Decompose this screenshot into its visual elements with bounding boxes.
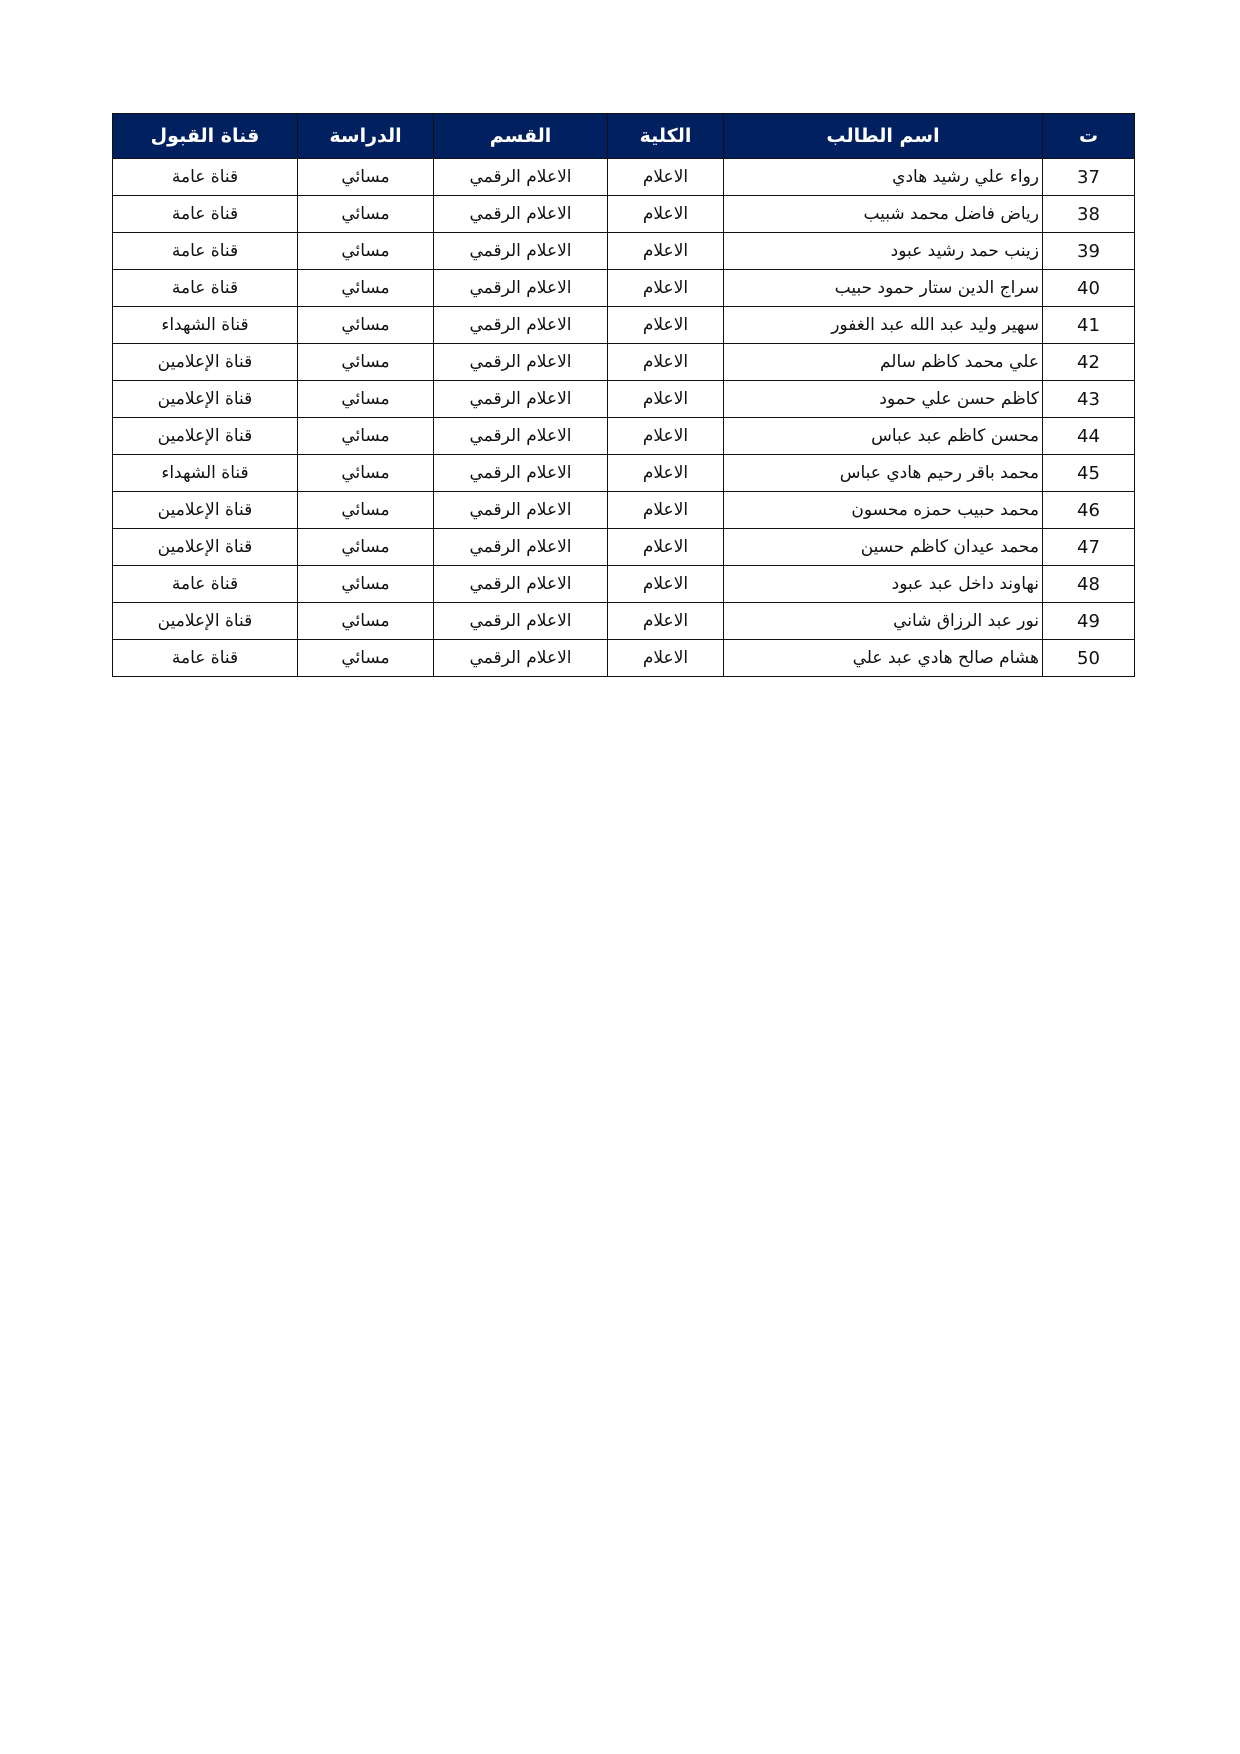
department-cell: الاعلام الرقمي bbox=[434, 492, 608, 529]
student-name-cell: سهير وليد عبد الله عبد الغفور bbox=[724, 307, 1043, 344]
student-name-cell: نور عبد الرزاق شاني bbox=[724, 603, 1043, 640]
study-type-cell: مسائي bbox=[298, 418, 434, 455]
department-cell: الاعلام الرقمي bbox=[434, 307, 608, 344]
row-number-cell: 42 bbox=[1043, 344, 1135, 381]
table-body: 37رواء علي رشيد هاديالاعلامالاعلام الرقم… bbox=[113, 159, 1135, 677]
document-page: ت اسم الطالب الكلية القسم الدراسة قناة ا… bbox=[0, 0, 1240, 1754]
table-header: ت اسم الطالب الكلية القسم الدراسة قناة ا… bbox=[113, 114, 1135, 159]
table-row: 41سهير وليد عبد الله عبد الغفورالاعلامال… bbox=[113, 307, 1135, 344]
row-number-cell: 50 bbox=[1043, 640, 1135, 677]
header-department: القسم bbox=[434, 114, 608, 159]
admission-channel-cell: قناة الإعلامين bbox=[113, 418, 298, 455]
admission-channel-cell: قناة الإعلامين bbox=[113, 344, 298, 381]
table-row: 38رياض فاضل محمد شبيبالاعلامالاعلام الرق… bbox=[113, 196, 1135, 233]
study-type-cell: مسائي bbox=[298, 640, 434, 677]
admission-channel-cell: قناة عامة bbox=[113, 159, 298, 196]
department-cell: الاعلام الرقمي bbox=[434, 159, 608, 196]
admission-channel-cell: قناة عامة bbox=[113, 196, 298, 233]
study-type-cell: مسائي bbox=[298, 307, 434, 344]
department-cell: الاعلام الرقمي bbox=[434, 455, 608, 492]
header-study: الدراسة bbox=[298, 114, 434, 159]
student-name-cell: رواء علي رشيد هادي bbox=[724, 159, 1043, 196]
admission-channel-cell: قناة الشهداء bbox=[113, 455, 298, 492]
student-name-cell: نهاوند داخل عبد عبود bbox=[724, 566, 1043, 603]
table-row: 47محمد عيدان كاظم حسينالاعلامالاعلام الر… bbox=[113, 529, 1135, 566]
table-row: 42علي محمد كاظم سالمالاعلامالاعلام الرقم… bbox=[113, 344, 1135, 381]
row-number-cell: 44 bbox=[1043, 418, 1135, 455]
admission-channel-cell: قناة عامة bbox=[113, 566, 298, 603]
department-cell: الاعلام الرقمي bbox=[434, 344, 608, 381]
department-cell: الاعلام الرقمي bbox=[434, 196, 608, 233]
study-type-cell: مسائي bbox=[298, 603, 434, 640]
table-row: 48نهاوند داخل عبد عبودالاعلامالاعلام الر… bbox=[113, 566, 1135, 603]
college-cell: الاعلام bbox=[608, 307, 724, 344]
student-name-cell: هشام صالح هادي عبد علي bbox=[724, 640, 1043, 677]
admission-channel-cell: قناة الإعلامين bbox=[113, 492, 298, 529]
department-cell: الاعلام الرقمي bbox=[434, 381, 608, 418]
college-cell: الاعلام bbox=[608, 159, 724, 196]
department-cell: الاعلام الرقمي bbox=[434, 603, 608, 640]
row-number-cell: 48 bbox=[1043, 566, 1135, 603]
admission-channel-cell: قناة عامة bbox=[113, 270, 298, 307]
row-number-cell: 45 bbox=[1043, 455, 1135, 492]
table-row: 44محسن كاظم عبد عباسالاعلامالاعلام الرقم… bbox=[113, 418, 1135, 455]
student-name-cell: سراج الدين ستار حمود حبيب bbox=[724, 270, 1043, 307]
study-type-cell: مسائي bbox=[298, 529, 434, 566]
table-row: 37رواء علي رشيد هاديالاعلامالاعلام الرقم… bbox=[113, 159, 1135, 196]
college-cell: الاعلام bbox=[608, 344, 724, 381]
study-type-cell: مسائي bbox=[298, 159, 434, 196]
row-number-cell: 37 bbox=[1043, 159, 1135, 196]
student-name-cell: محمد باقر رحيم هادي عباس bbox=[724, 455, 1043, 492]
study-type-cell: مسائي bbox=[298, 270, 434, 307]
row-number-cell: 46 bbox=[1043, 492, 1135, 529]
admission-channel-cell: قناة الإعلامين bbox=[113, 381, 298, 418]
student-name-cell: محسن كاظم عبد عباس bbox=[724, 418, 1043, 455]
table-row: 45محمد باقر رحيم هادي عباسالاعلامالاعلام… bbox=[113, 455, 1135, 492]
department-cell: الاعلام الرقمي bbox=[434, 418, 608, 455]
header-college: الكلية bbox=[608, 114, 724, 159]
table-row: 49نور عبد الرزاق شانيالاعلامالاعلام الرق… bbox=[113, 603, 1135, 640]
row-number-cell: 43 bbox=[1043, 381, 1135, 418]
table-row: 39زينب حمد رشيد عبودالاعلامالاعلام الرقم… bbox=[113, 233, 1135, 270]
admission-channel-cell: قناة عامة bbox=[113, 640, 298, 677]
admission-channel-cell: قناة الإعلامين bbox=[113, 529, 298, 566]
header-row: ت اسم الطالب الكلية القسم الدراسة قناة ا… bbox=[113, 114, 1135, 159]
college-cell: الاعلام bbox=[608, 455, 724, 492]
department-cell: الاعلام الرقمي bbox=[434, 640, 608, 677]
college-cell: الاعلام bbox=[608, 492, 724, 529]
admission-channel-cell: قناة الشهداء bbox=[113, 307, 298, 344]
study-type-cell: مسائي bbox=[298, 492, 434, 529]
department-cell: الاعلام الرقمي bbox=[434, 233, 608, 270]
header-channel: قناة القبول bbox=[113, 114, 298, 159]
study-type-cell: مسائي bbox=[298, 455, 434, 492]
study-type-cell: مسائي bbox=[298, 233, 434, 270]
college-cell: الاعلام bbox=[608, 640, 724, 677]
row-number-cell: 49 bbox=[1043, 603, 1135, 640]
department-cell: الاعلام الرقمي bbox=[434, 529, 608, 566]
student-name-cell: رياض فاضل محمد شبيب bbox=[724, 196, 1043, 233]
college-cell: الاعلام bbox=[608, 418, 724, 455]
student-name-cell: زينب حمد رشيد عبود bbox=[724, 233, 1043, 270]
college-cell: الاعلام bbox=[608, 529, 724, 566]
college-cell: الاعلام bbox=[608, 233, 724, 270]
study-type-cell: مسائي bbox=[298, 381, 434, 418]
students-table: ت اسم الطالب الكلية القسم الدراسة قناة ا… bbox=[112, 113, 1135, 677]
study-type-cell: مسائي bbox=[298, 196, 434, 233]
admission-channel-cell: قناة الإعلامين bbox=[113, 603, 298, 640]
table-row: 46محمد حبيب حمزه محسونالاعلامالاعلام الر… bbox=[113, 492, 1135, 529]
college-cell: الاعلام bbox=[608, 566, 724, 603]
college-cell: الاعلام bbox=[608, 381, 724, 418]
header-name: اسم الطالب bbox=[724, 114, 1043, 159]
study-type-cell: مسائي bbox=[298, 344, 434, 381]
department-cell: الاعلام الرقمي bbox=[434, 270, 608, 307]
college-cell: الاعلام bbox=[608, 270, 724, 307]
department-cell: الاعلام الرقمي bbox=[434, 566, 608, 603]
table-row: 43كاظم حسن علي حمودالاعلامالاعلام الرقمي… bbox=[113, 381, 1135, 418]
row-number-cell: 40 bbox=[1043, 270, 1135, 307]
student-name-cell: محمد عيدان كاظم حسين bbox=[724, 529, 1043, 566]
college-cell: الاعلام bbox=[608, 196, 724, 233]
table-row: 40سراج الدين ستار حمود حبيبالاعلامالاعلا… bbox=[113, 270, 1135, 307]
table-row: 50هشام صالح هادي عبد عليالاعلامالاعلام ا… bbox=[113, 640, 1135, 677]
header-num: ت bbox=[1043, 114, 1135, 159]
row-number-cell: 38 bbox=[1043, 196, 1135, 233]
row-number-cell: 41 bbox=[1043, 307, 1135, 344]
college-cell: الاعلام bbox=[608, 603, 724, 640]
study-type-cell: مسائي bbox=[298, 566, 434, 603]
student-name-cell: محمد حبيب حمزه محسون bbox=[724, 492, 1043, 529]
student-name-cell: كاظم حسن علي حمود bbox=[724, 381, 1043, 418]
student-name-cell: علي محمد كاظم سالم bbox=[724, 344, 1043, 381]
admission-channel-cell: قناة عامة bbox=[113, 233, 298, 270]
row-number-cell: 47 bbox=[1043, 529, 1135, 566]
row-number-cell: 39 bbox=[1043, 233, 1135, 270]
